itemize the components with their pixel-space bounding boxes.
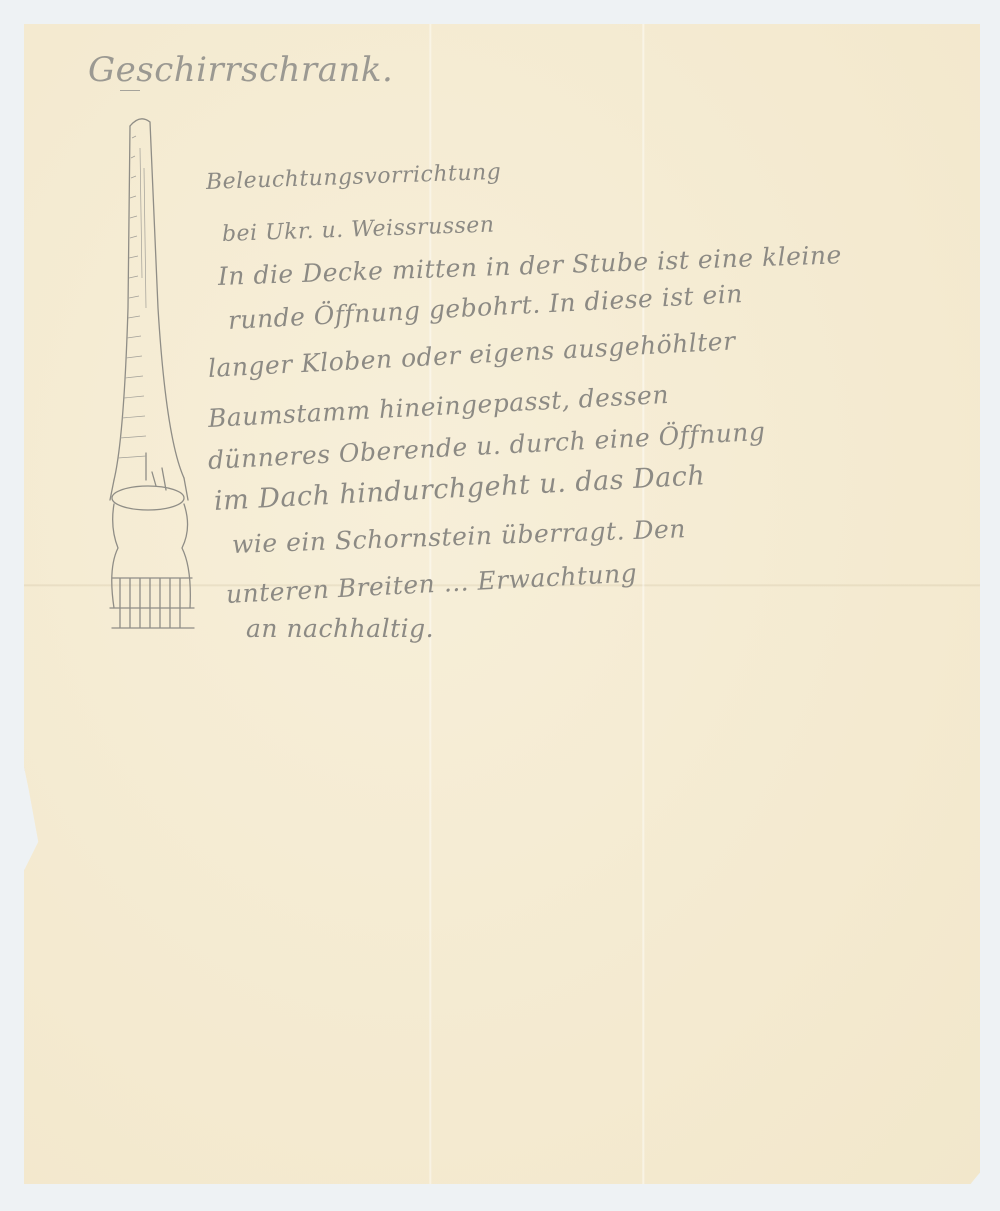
title-underline-mark [120,90,140,91]
chimney-lamp-sketch-icon [100,108,210,648]
page-title: Geschirrschrank. [88,50,393,90]
text-line: an nachhaltig. [246,614,434,643]
